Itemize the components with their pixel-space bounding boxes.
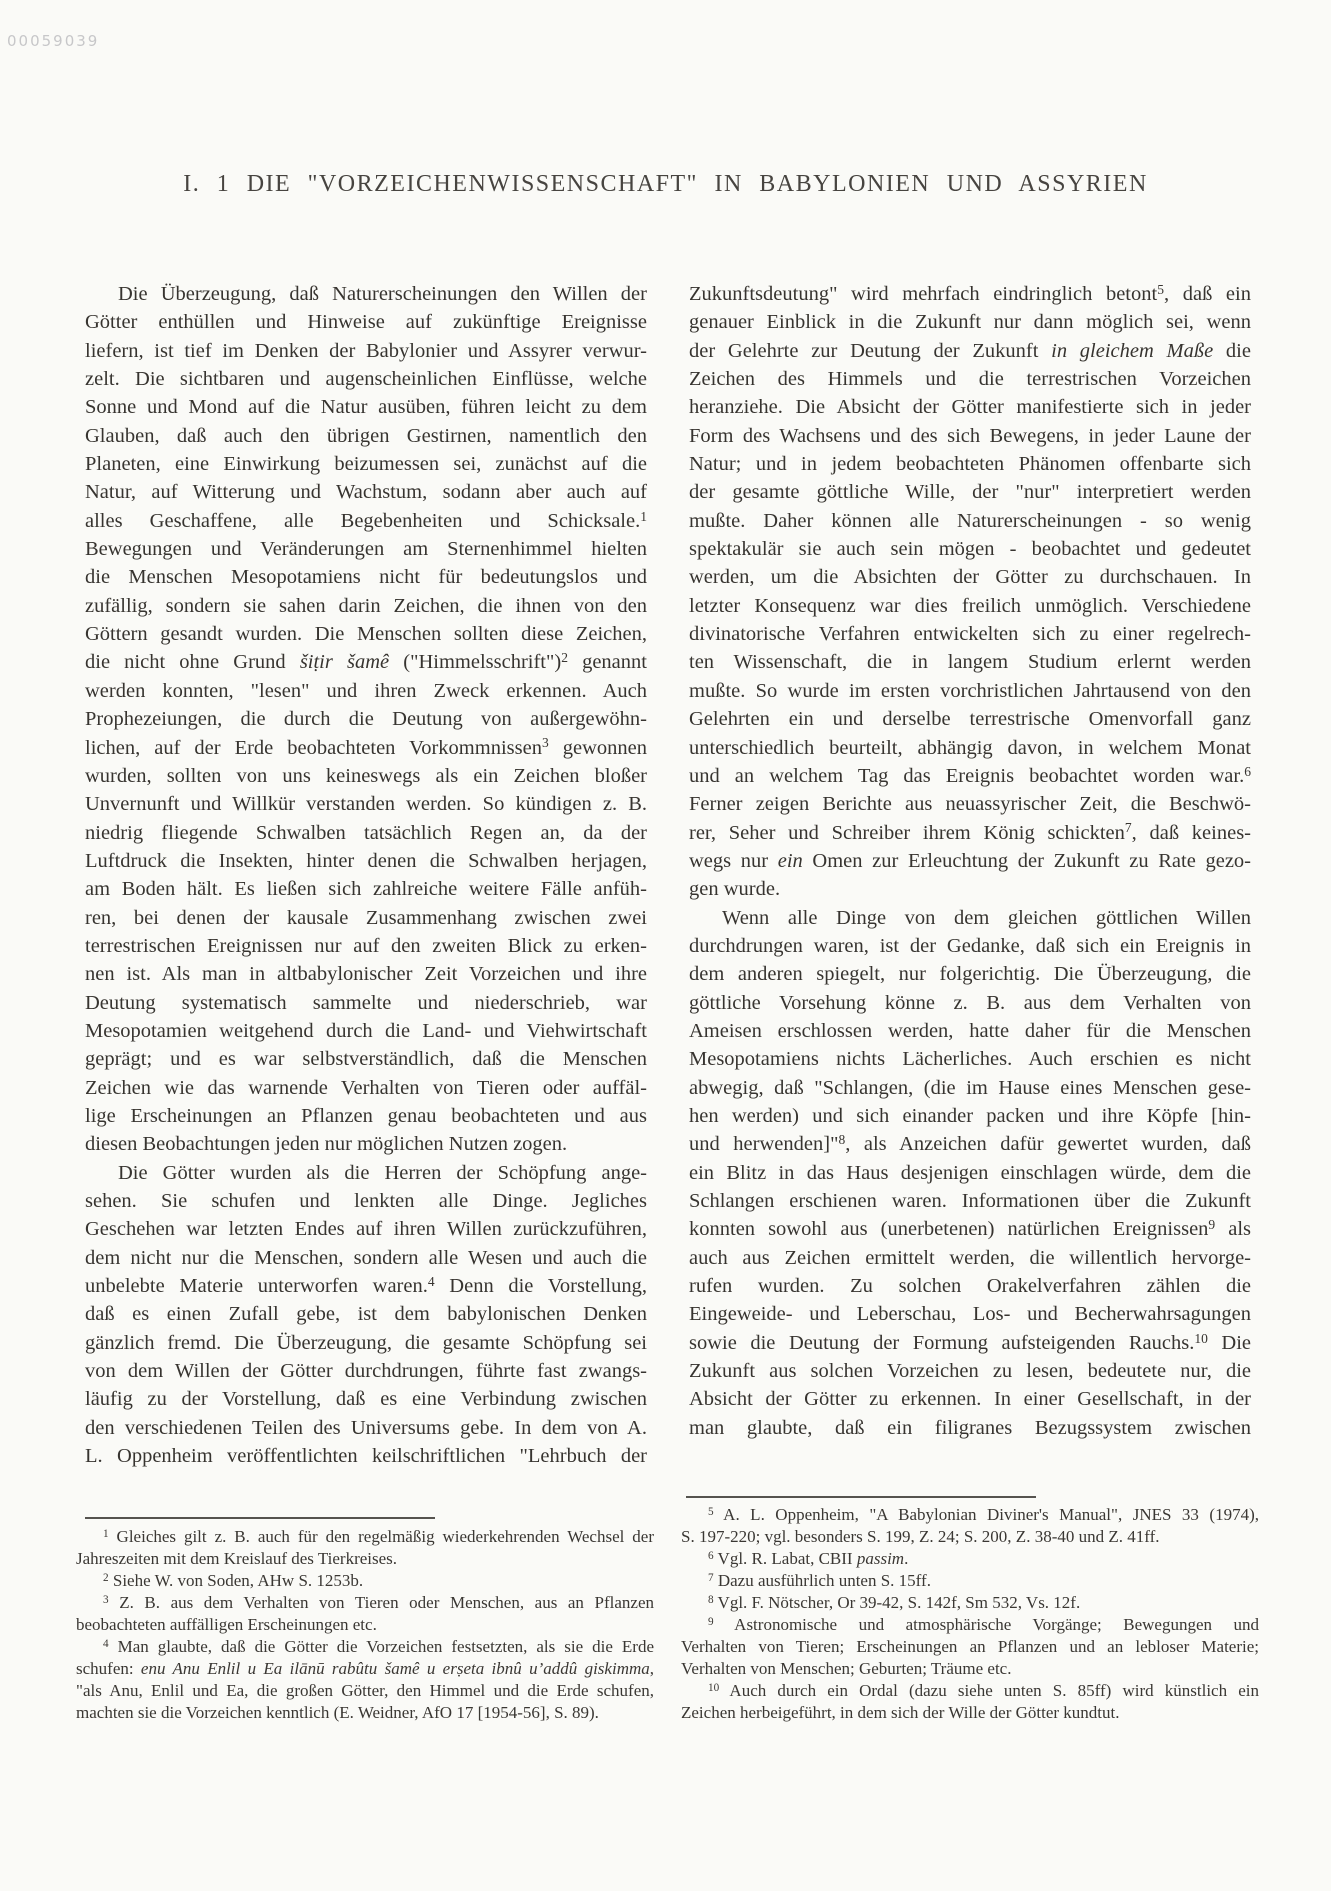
text-line: Die Götter wurden als die Herren der Sch… (85, 1159, 647, 1187)
text-line: werden konnten, "lesen" und ihren Zweck … (85, 677, 647, 705)
text-line: wurden, sollten von uns keineswegs als e… (85, 762, 647, 790)
text-line: durchdrungen waren, ist der Gedanke, daß… (689, 932, 1251, 960)
text-line: man glaubte, daß ein filigranes Bezugssy… (689, 1414, 1251, 1442)
text-line: läufig zu der Vorstellung, daß es eine V… (85, 1385, 647, 1413)
text-line: rufen wurden. Zu solchen Orakelverfahren… (689, 1272, 1251, 1300)
text-line: Götter enthüllen und Hinweise auf zukünf… (85, 308, 647, 336)
text-line: Ferner zeigen Berichte aus neuassyrische… (689, 790, 1251, 818)
text-line: spektakulär sie auch sein mögen - beobac… (689, 535, 1251, 563)
text-line: hen werden) und sich einander packen und… (689, 1102, 1251, 1130)
text-column-left: Die Überzeugung, daß Naturerscheinungen … (85, 280, 647, 1470)
footnotes-left: 1 Gleiches gilt z. B. auch für den regel… (76, 1526, 654, 1724)
text-line: Unvernunft und Willkür verstanden werden… (85, 790, 647, 818)
text-line: 7 Dazu ausführlich unten S. 15ff. (681, 1570, 1259, 1592)
text-line: diesen Beobachtungen jeden nur möglichen… (85, 1130, 647, 1158)
text-line: ein Blitz in das Haus desjenigen einschl… (689, 1159, 1251, 1187)
text-line: 1 Gleiches gilt z. B. auch für den regel… (76, 1526, 654, 1548)
text-line: nen ist. Als man in altbabylonischer Zei… (85, 960, 647, 988)
text-line: Planeten, eine Einwirkung beizumessen se… (85, 450, 647, 478)
text-line: Die Überzeugung, daß Naturerscheinungen … (85, 280, 647, 308)
text-line: Verhalten von Tieren; Erscheinungen an P… (681, 1636, 1259, 1658)
text-line: Gelehrten ein und derselbe terrestrische… (689, 705, 1251, 733)
text-line: 10 Auch durch ein Ordal (dazu siehe unte… (681, 1680, 1259, 1702)
text-line: am Boden hält. Es ließen sich zahlreiche… (85, 875, 647, 903)
text-line: Prophezeiungen, die durch die Deutung vo… (85, 705, 647, 733)
text-line: und an welchem Tag das Ereignis beobacht… (689, 762, 1251, 790)
text-line: wegs nur ein Omen zur Erleuchtung der Zu… (689, 847, 1251, 875)
text-line: ten Wissenschaft, die in langem Studium … (689, 648, 1251, 676)
scan-stamp-number: 00059039 (7, 32, 99, 50)
footnote-separator-right (686, 1496, 1036, 1498)
text-line: lige Erscheinungen an Pflanzen genau beo… (85, 1102, 647, 1130)
text-line: genauer Einblick in die Zukunft nur dann… (689, 308, 1251, 336)
text-line: mußte. Daher können alle Naturerscheinun… (689, 507, 1251, 535)
text-line: Zeichen wie das warnende Verhalten von T… (85, 1074, 647, 1102)
text-line: Wenn alle Dinge von dem gleichen göttlic… (689, 904, 1251, 932)
text-line: heranziehe. Die Absicht der Götter manif… (689, 393, 1251, 421)
text-line: 6 Vgl. R. Labat, CBII passim. (681, 1548, 1259, 1570)
text-line: der Gelehrte zur Deutung der Zukunft in … (689, 337, 1251, 365)
text-line: rer, Seher und Schreiber ihrem König sch… (689, 819, 1251, 847)
text-line: mußte. So wurde im ersten vorchristliche… (689, 677, 1251, 705)
text-column-right: Zukunftsdeutung" wird mehrfach eindringl… (689, 280, 1251, 1442)
text-line: terrestrischen Ereignissen nur auf den z… (85, 932, 647, 960)
text-line: Verhalten von Menschen; Geburten; Träume… (681, 1658, 1259, 1680)
text-line: konnten sowohl aus (unerbetenen) natürli… (689, 1215, 1251, 1243)
text-line: unbelebte Materie unterworfen waren.4 De… (85, 1272, 647, 1300)
text-line: schufen: enu Anu Enlil u Ea ilānū rabûtu… (76, 1658, 654, 1680)
text-line: Form des Wachsens und des sich Bewegens,… (689, 422, 1251, 450)
text-line: zelt. Die sichtbaren und augenscheinlich… (85, 365, 647, 393)
text-line: 4 Man glaubte, daß die Götter die Vorzei… (76, 1636, 654, 1658)
text-line: Zeichen des Himmels und die terrestrisch… (689, 365, 1251, 393)
text-line: Glauben, daß auch den übrigen Gestirnen,… (85, 422, 647, 450)
text-line: machten sie die Vorzeichen kenntlich (E.… (76, 1702, 654, 1724)
text-line: dem anderen spiegelt, nur folgerichtig. … (689, 960, 1251, 988)
text-line: Ameisen erschlossen werden, hatte daher … (689, 1017, 1251, 1045)
text-line: L. Oppenheim veröffentlichten keilschrif… (85, 1442, 647, 1470)
text-line: unterschiedlich beurteilt, abhängig davo… (689, 734, 1251, 762)
text-line: von dem Willen der Götter durchdrungen, … (85, 1357, 647, 1385)
text-line: 8 Vgl. F. Nötscher, Or 39-42, S. 142f, S… (681, 1592, 1259, 1614)
text-line: sowie die Deutung der Formung aufsteigen… (689, 1329, 1251, 1357)
text-line: daß es einen Zufall gebe, ist dem babylo… (85, 1300, 647, 1328)
text-line: niedrig fliegende Schwalben tatsächlich … (85, 819, 647, 847)
text-line: Eingeweide- und Leberschau, Los- und Bec… (689, 1300, 1251, 1328)
text-line: die nicht ohne Grund šiṭir šamê ("Himmel… (85, 648, 647, 676)
text-line: liefern, ist tief im Denken der Babyloni… (85, 337, 647, 365)
footnotes-right: 5 A. L. Oppenheim, "A Babylonian Diviner… (681, 1504, 1259, 1724)
footnote-separator-left (85, 1517, 435, 1519)
text-line: lichen, auf der Erde beobachteten Vorkom… (85, 734, 647, 762)
text-line: Absicht der Götter zu erkennen. In einer… (689, 1385, 1251, 1413)
text-line: Mesopotamiens nichts Lächerliches. Auch … (689, 1045, 1251, 1073)
text-line: divinatorische Verfahren entwickelten si… (689, 620, 1251, 648)
text-line: "als Anu, Enlil und Ea, die großen Götte… (76, 1680, 654, 1702)
scanned-page: { "page": { "scan_number": "00059039", "… (0, 0, 1331, 1891)
text-line: Zeichen herbeigeführt, in dem sich der W… (681, 1702, 1259, 1724)
text-line: S. 197-220; vgl. besonders S. 199, Z. 24… (681, 1526, 1259, 1548)
text-line: beobachteten auffälligen Erscheinungen e… (76, 1614, 654, 1636)
text-line: den verschiedenen Teilen des Universums … (85, 1414, 647, 1442)
text-line: abwegig, daß "Schlangen, (die im Hause e… (689, 1074, 1251, 1102)
text-line: Mesopotamien weitgehend durch die Land- … (85, 1017, 647, 1045)
text-line: Bewegungen und Veränderungen am Sternenh… (85, 535, 647, 563)
text-line: ren, bei denen der kausale Zusammenhang … (85, 904, 647, 932)
text-line: der gesamte göttliche Wille, der "nur" i… (689, 478, 1251, 506)
text-line: letzter Konsequenz war dies freilich unm… (689, 592, 1251, 620)
text-line: 2 Siehe W. von Soden, AHw S. 1253b. (76, 1570, 654, 1592)
text-line: werden, um die Absichten der Götter zu d… (689, 563, 1251, 591)
text-line: Göttern gesandt wurden. Die Menschen sol… (85, 620, 647, 648)
text-line: Natur; und in jedem beobachteten Phänome… (689, 450, 1251, 478)
text-line: 9 Astronomische und atmosphärische Vorgä… (681, 1614, 1259, 1636)
text-line: Schlangen erschienen waren. Informatione… (689, 1187, 1251, 1215)
text-line: gen wurde. (689, 875, 1251, 903)
text-line: Geschehen war letzten Endes auf ihren Wi… (85, 1215, 647, 1243)
text-line: Jahreszeiten mit dem Kreislauf des Tierk… (76, 1548, 654, 1570)
text-line: gänzlich fremd. Die Überzeugung, die ges… (85, 1329, 647, 1357)
page-title: I. 1 DIE "VORZEICHENWISSENSCHAFT" IN BAB… (0, 171, 1331, 198)
text-line: die Menschen Mesopotamiens nicht für bed… (85, 563, 647, 591)
text-line: 5 A. L. Oppenheim, "A Babylonian Diviner… (681, 1504, 1259, 1526)
text-line: geprägt; und es war selbstverständlich, … (85, 1045, 647, 1073)
text-line: Natur, auf Witterung und Wachstum, sodan… (85, 478, 647, 506)
text-line: Deutung systematisch sammelte und nieder… (85, 989, 647, 1017)
text-line: und herwenden]"8, als Anzeichen dafür ge… (689, 1130, 1251, 1158)
text-line: Luftdruck die Insekten, hinter denen die… (85, 847, 647, 875)
text-line: dem nicht nur die Menschen, sondern alle… (85, 1244, 647, 1272)
text-line: alles Geschaffene, alle Begebenheiten un… (85, 507, 647, 535)
text-line: 3 Z. B. aus dem Verhalten von Tieren ode… (76, 1592, 654, 1614)
text-line: Zukunft aus solchen Vorzeichen zu lesen,… (689, 1357, 1251, 1385)
text-line: Sonne und Mond auf die Natur ausüben, fü… (85, 393, 647, 421)
text-line: göttliche Vorsehung könne z. B. aus dem … (689, 989, 1251, 1017)
text-line: zufällig, sondern sie sahen darin Zeiche… (85, 592, 647, 620)
text-line: auch aus Zeichen ermittelt werden, die w… (689, 1244, 1251, 1272)
text-line: sehen. Sie schufen und lenkten alle Ding… (85, 1187, 647, 1215)
text-line: Zukunftsdeutung" wird mehrfach eindringl… (689, 280, 1251, 308)
